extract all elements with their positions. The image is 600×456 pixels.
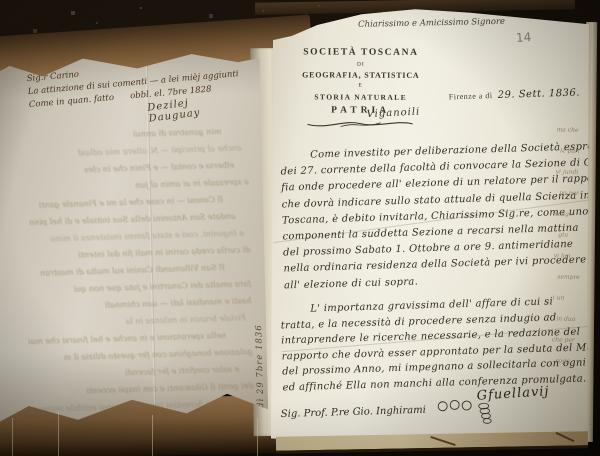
- binding-thread: [152, 415, 153, 456]
- dateline-handwritten: 29. Sett. 1836.: [498, 87, 581, 100]
- letterhead-line: SOCIETÀ TOSCANA: [291, 47, 431, 58]
- letter-paragraph-2: L' importanza gravissima dell' affare di…: [280, 294, 583, 396]
- margin-note: ma che: [557, 126, 589, 135]
- letterhead-lines: SOCIETÀ TOSCANADIGEOGRAFIA, STATISTICAES…: [291, 47, 431, 116]
- left-letter-page: Sig.r Carino La attinzione di sui coment…: [0, 49, 269, 428]
- vertical-archival-note: A dì 29 7bre 1836: [253, 287, 266, 419]
- margin-note: vi jundi: [556, 168, 588, 177]
- margin-note: sempre: [557, 273, 585, 282]
- margin-note: le pari: [560, 147, 588, 156]
- margin-note: in dua: [556, 315, 584, 324]
- pencil-page-number: 14: [516, 30, 532, 45]
- margin-bleed-notes: ma chele parivi jundino perscugigtavi la…: [551, 126, 589, 379]
- footer-addressee-text: Sig. Prof. P.re Gio. Inghirami: [281, 405, 426, 420]
- margin-note: sogg: [555, 357, 583, 366]
- letterhead-line: GEOGRAFIA, STATISTICA: [291, 70, 431, 80]
- letterhead-flourish-icon: [305, 117, 417, 131]
- dateline-printed: Firenze a dì: [449, 91, 493, 101]
- flourish-spirals-icon: [433, 397, 500, 429]
- binding-thread: [58, 412, 59, 456]
- margin-note: no per: [559, 189, 587, 198]
- margin-note: vi lan: [554, 252, 586, 261]
- letterhead-line: DI: [291, 61, 431, 68]
- binding-thread: [12, 418, 13, 456]
- archival-photo: Sig.r Carino La attinzione di sui coment…: [0, 0, 600, 456]
- margin-note: che per: [552, 336, 584, 345]
- margin-note: i un: [553, 294, 585, 303]
- binding-thread: [257, 418, 258, 456]
- letterhead: SOCIETÀ TOSCANADIGEOGRAFIA, STATISTICAES…: [290, 47, 430, 136]
- letter-paragraph-1: Come investito per deliberazione della S…: [280, 140, 584, 295]
- dust-specks: [0, 0, 2, 2]
- dateline: Firenze a dì 29. Sett. 1836.: [448, 80, 580, 103]
- letterhead-line: E: [291, 82, 431, 89]
- letterhead-line: STORIA NATURALE: [291, 92, 431, 102]
- right-letter-page: Chiarissimo e Amicissimo Signore 14 SOCI…: [271, 7, 589, 449]
- top-annotation: Chiarissimo e Amicissimo Signore: [358, 16, 528, 30]
- footer-addressee: Sig. Prof. P.re Gio. Inghirami: [281, 403, 501, 433]
- margin-note: scugi: [555, 210, 587, 219]
- margin-note: gta: [558, 231, 586, 240]
